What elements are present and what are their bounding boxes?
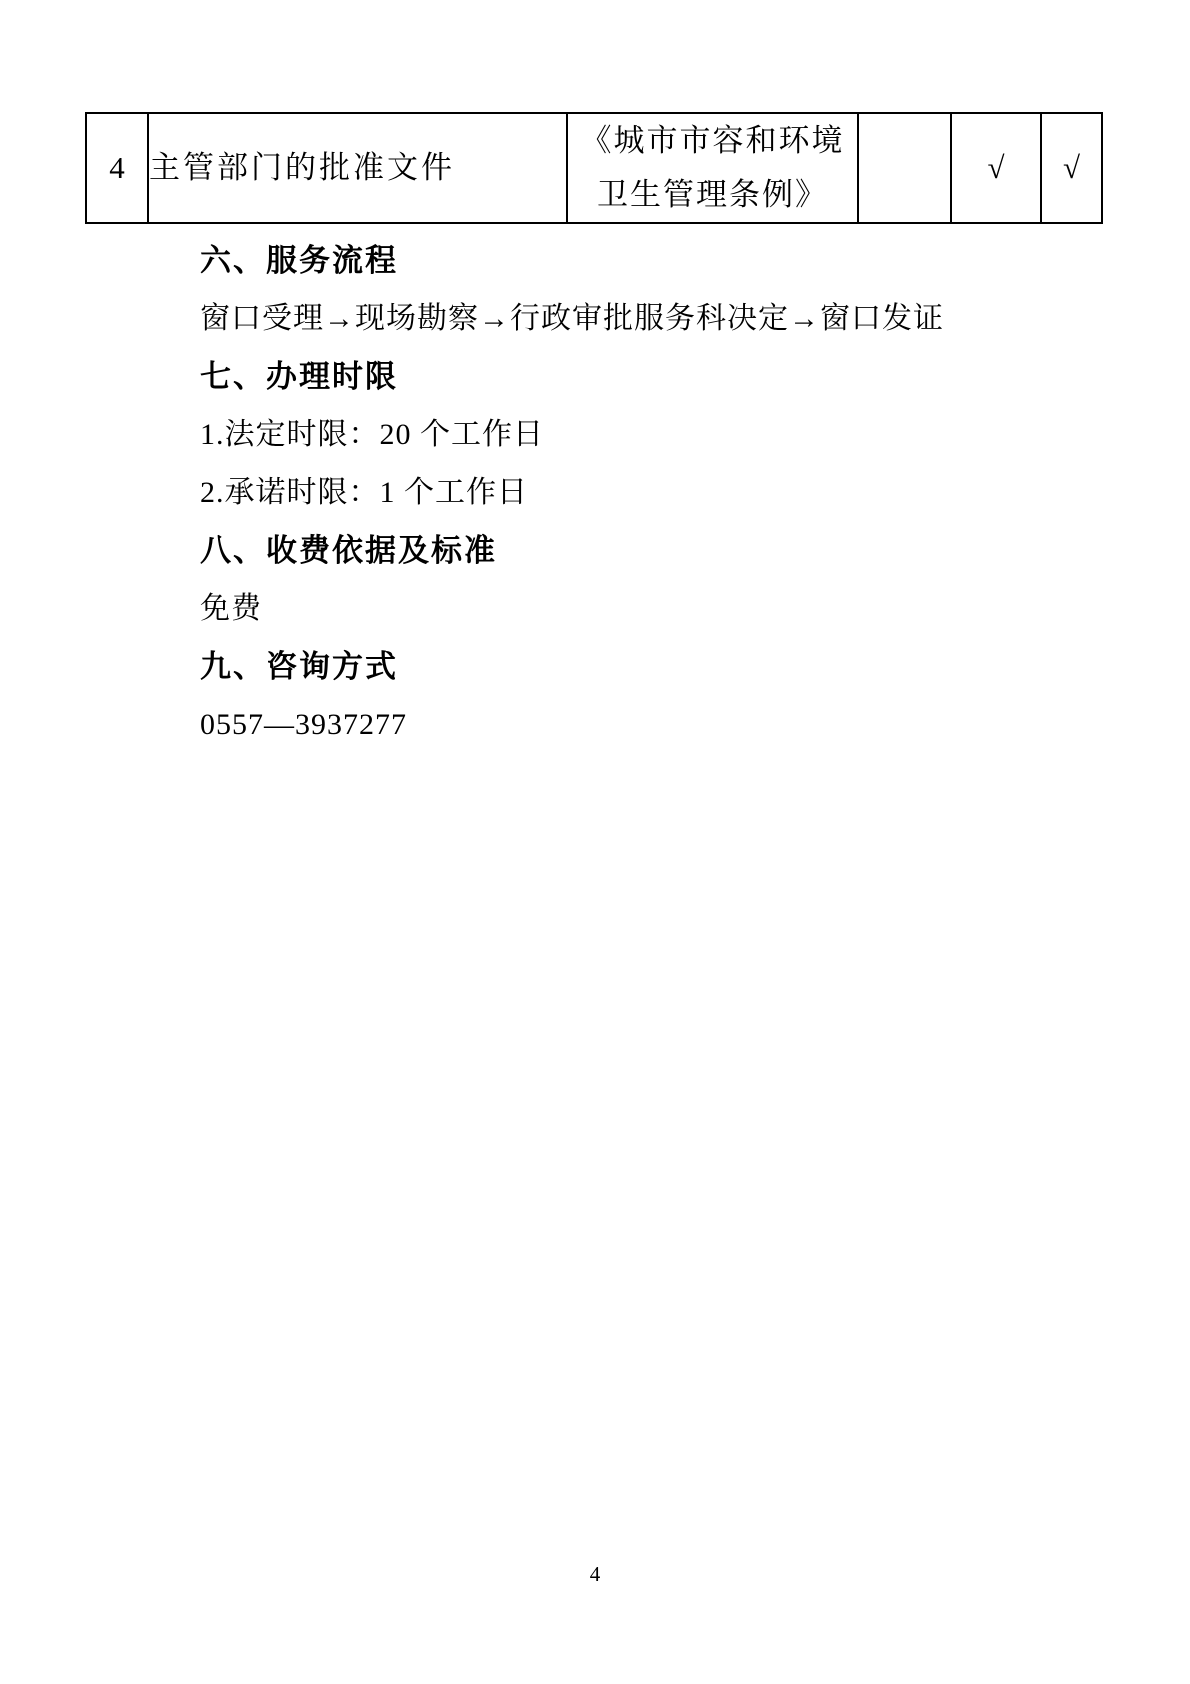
service-flow-line: 窗口受理→现场勘察→行政审批服务科决定→窗口发证 [200, 290, 1100, 348]
section-9-heading: 九、咨询方式 [200, 638, 1100, 696]
section-6-heading: 六、服务流程 [200, 232, 1100, 290]
legal-basis-cell: 《城市市容和环境 卫生管理条例》 [567, 113, 858, 223]
page-number: 4 [0, 1562, 1190, 1587]
section-8-heading: 八、收费依据及标准 [200, 522, 1100, 580]
phone-number-line: 0557—3937277 [200, 696, 1100, 754]
checkmark-icon: √ [1063, 150, 1080, 185]
check-cell-1: √ [951, 113, 1041, 223]
materials-table: 4 主管部门的批准文件 《城市市容和环境 卫生管理条例》 √ √ [85, 112, 1103, 224]
material-name-cell: 主管部门的批准文件 [148, 113, 567, 223]
document-body: 六、服务流程 窗口受理→现场勘察→行政审批服务科决定→窗口发证 七、办理时限 1… [200, 232, 1100, 754]
section-7-heading: 七、办理时限 [200, 348, 1100, 406]
legal-basis-line-1: 《城市市容和环境 [568, 114, 857, 168]
row-number-cell: 4 [86, 113, 148, 223]
blank-cell [858, 113, 951, 223]
checkmark-icon: √ [987, 150, 1004, 185]
check-cell-2: √ [1041, 113, 1102, 223]
document-page: 4 主管部门的批准文件 《城市市容和环境 卫生管理条例》 √ √ 六、服务流程 … [0, 0, 1190, 1684]
statutory-time-limit-line: 1.法定时限：20 个工作日 [200, 406, 1100, 464]
promised-time-limit-line: 2.承诺时限：1 个工作日 [200, 464, 1100, 522]
legal-basis-line-2: 卫生管理条例》 [568, 168, 857, 222]
fee-line: 免费 [200, 580, 1100, 638]
table-row: 4 主管部门的批准文件 《城市市容和环境 卫生管理条例》 √ √ [86, 113, 1102, 223]
